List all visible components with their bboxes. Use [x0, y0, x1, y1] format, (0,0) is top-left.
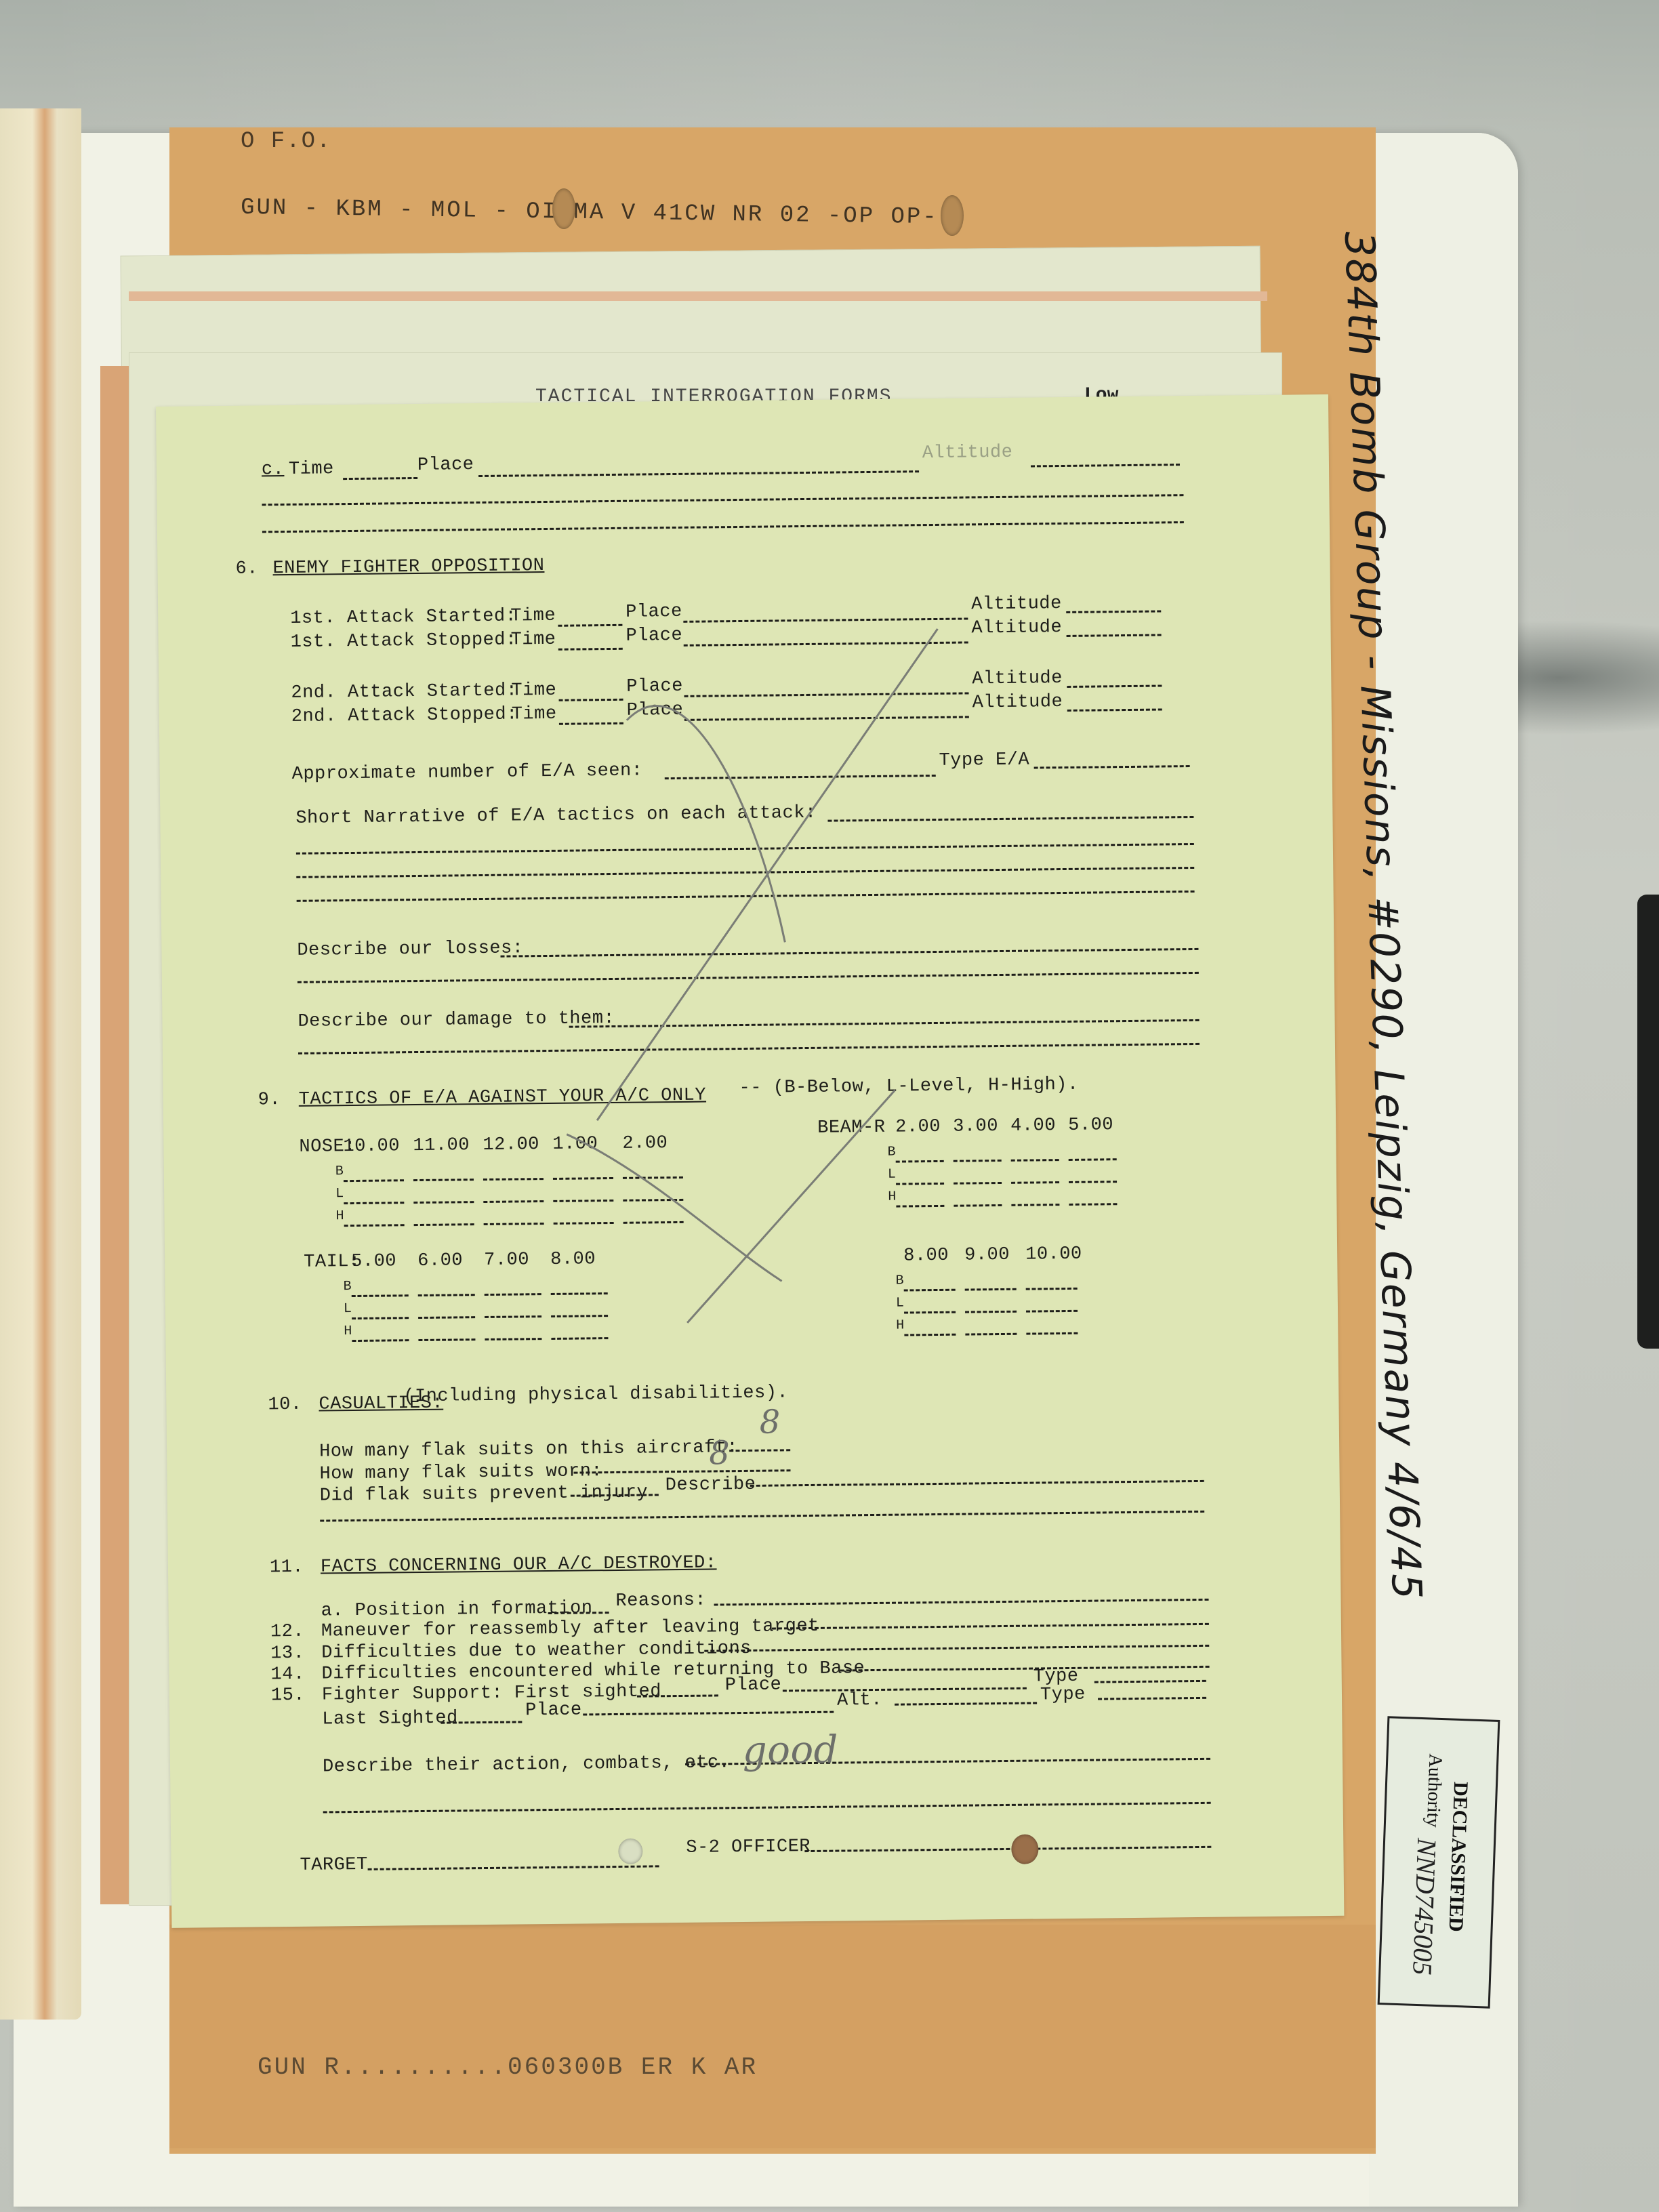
pencil-strike-mark — [156, 394, 1344, 1928]
envelope-bottom — [169, 1925, 1376, 2148]
punch-hole — [552, 188, 575, 229]
envelope-top-label: O F.O. — [241, 129, 331, 155]
declassified-stamp: DECLASSIFIED Authority NND745005 — [1378, 1716, 1500, 2009]
declassified-authority-value: NND745005 — [1406, 1838, 1443, 1976]
envelope-bottom-code: GUN R..........060300B ER K AR — [258, 2053, 758, 2081]
black-object — [1637, 895, 1659, 1349]
punch-hole — [941, 195, 964, 236]
tactical-interrogation-form: c. Time Place Altitude 6. ENEMY FIGHTER … — [156, 394, 1344, 1928]
punch-hole — [618, 1839, 642, 1864]
left-document-stack — [0, 108, 81, 2020]
punch-hole — [1011, 1834, 1038, 1864]
declassified-authority-label: Authority — [1422, 1753, 1446, 1828]
declassified-title: DECLASSIFIED — [1443, 1781, 1472, 1932]
page-edge — [129, 291, 1267, 301]
